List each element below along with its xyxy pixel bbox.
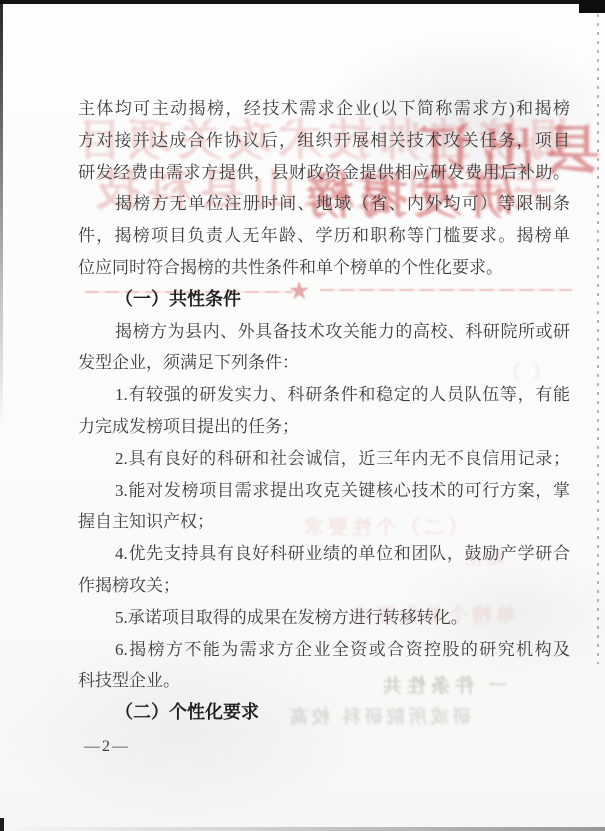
text-line: 3.能对发榜项目需求提出攻克关键核心技术的可行方案，掌 xyxy=(78,475,570,507)
page-number: —2— xyxy=(84,738,130,756)
text-line: 揭榜方无单位注册时间、地域（省、内外均可）等限制条 xyxy=(78,188,570,220)
text-line: 发型企业，须满足下列条件： xyxy=(78,347,570,379)
text-line: 1.有较强的研发实力、科研条件和稳定的人员队伍等，有能 xyxy=(78,379,570,411)
text-line: 科技型企业。 xyxy=(78,665,570,697)
text-line: 6.揭榜方不能为需求方企业全资或合资控股的研究机构及 xyxy=(78,634,570,666)
text-line: （一）共性条件 xyxy=(78,284,570,316)
scan-edge-left xyxy=(0,0,3,430)
text-line: 位应同时符合揭榜的共性条件和单个榜单的个性化要求。 xyxy=(78,252,570,284)
text-line: 2.具有良好的科研和社会诚信，近三年内无不良信用记录； xyxy=(78,443,570,475)
text-line: 主体均可主动揭榜，经技术需求企业(以下简称需求方)和揭榜 xyxy=(78,93,570,125)
text-line: 件，揭榜项目负责人无年龄、学历和职称等门槛要求。揭榜单 xyxy=(78,220,570,252)
text-line: 方对接并达成合作协议后，组织开展相关技术攻关任务，项目 xyxy=(78,125,570,157)
scan-edge-right-perforation xyxy=(597,14,599,664)
text-line: 研发经费由需求方提供，县财政资金提供相应研发费用后补助。 xyxy=(78,157,570,189)
text-line: 力完成发榜项目提出的任务； xyxy=(78,411,570,443)
text-line: 揭榜方为县内、外具备技术攻关能力的高校、科研院所或研 xyxy=(78,316,570,348)
text-line: 5.承诺项目取得的成果在发榜方进行转移转化。 xyxy=(78,602,570,634)
document-body: 主体均可主动揭榜，经技术需求企业(以下简称需求方)和揭榜方对接并达成合作协议后，… xyxy=(78,93,570,729)
scan-edge-top xyxy=(0,0,605,4)
scanned-document-page: 揭榜挂帅技术攻关项目县出订关于印发江山县科技研发揭榜（ ）（二）个性要求略化单榜… xyxy=(0,0,605,831)
scan-corner-top-right xyxy=(579,0,605,13)
text-line: 握自主知识产权； xyxy=(78,506,570,538)
scan-edge-bottom xyxy=(0,827,605,831)
text-line: 作揭榜攻关； xyxy=(78,570,570,602)
text-line: 4.优先支持具有良好科研业绩的单位和团队，鼓励产学研合 xyxy=(78,538,570,570)
text-line: （二）个性化要求 xyxy=(78,697,570,729)
